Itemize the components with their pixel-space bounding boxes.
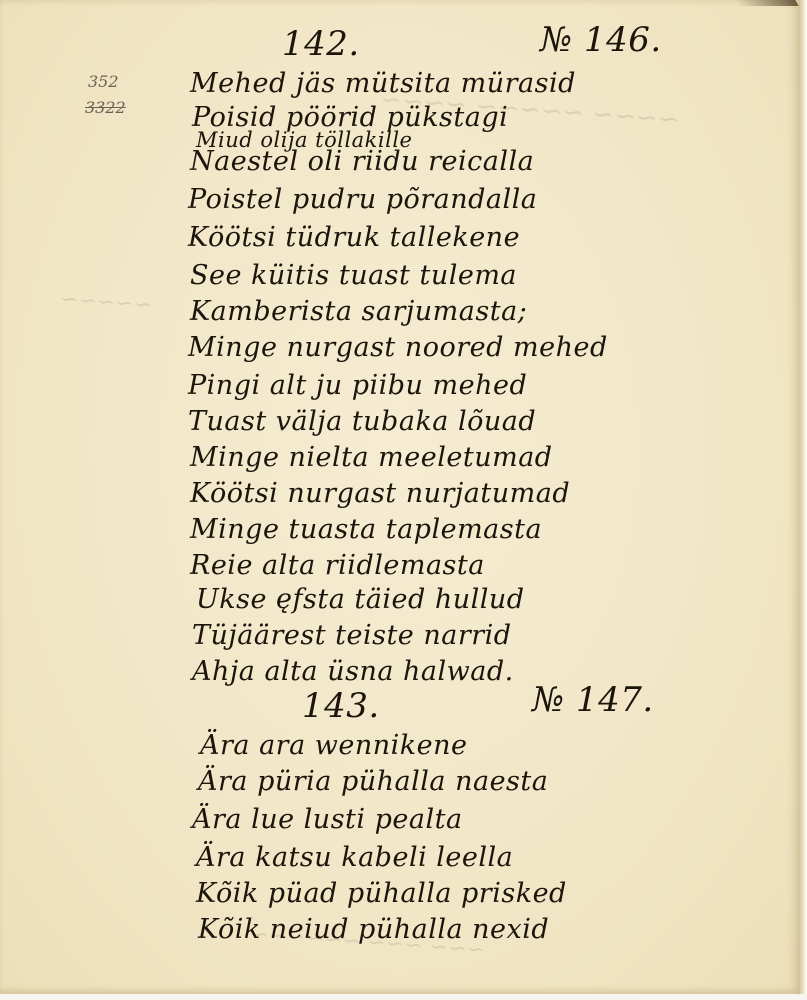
verse-line: See küitis tuast tulema — [190, 260, 517, 291]
verse-line: Minge tuasta taplemasta — [190, 514, 542, 545]
verse-line: Kõik neiud pühalla nexid — [198, 914, 549, 945]
catalog-number: № 146. — [540, 20, 662, 60]
verse-line: Ahja alta üsna halwad. — [192, 656, 514, 687]
page-corner-shadow — [735, 0, 798, 6]
verse-line: Minge nurgast noored mehed — [188, 332, 608, 363]
verse-line: Ära katsu kabeli leella — [196, 842, 513, 873]
verse-line: Mehed jäs mütsita mürasid — [190, 68, 576, 99]
manuscript-page: ~~~~ ~~~~~ ~~~~ ~~~~~ ~~~ ~~~ ~~~~~~ 352… — [0, 0, 800, 994]
verse-line: Köötsi nurgast nurjatumad — [190, 478, 570, 509]
margin-note-number: 352 — [88, 72, 119, 91]
bleed-through-text: ~~~~~ — [59, 287, 153, 318]
verse-line: Pingi alt ju piibu mehed — [188, 370, 527, 401]
margin-note-number-struck: 3322 — [85, 98, 126, 117]
verse-line: Tuast välja tubaka lõuad — [188, 406, 536, 437]
verse-line: Ukse ęfsta täied hullud — [196, 584, 525, 615]
catalog-number: № 147. — [532, 680, 654, 720]
page-edge-bottom — [0, 994, 807, 1000]
verse-line: Ära püria pühalla naesta — [198, 766, 548, 797]
verse-line: Ära ara wennikene — [200, 730, 467, 761]
verse-line: Tüjäärest teiste narrid — [192, 620, 512, 651]
verse-line: Kamberista sarjumasta; — [190, 296, 527, 327]
verse-line: Köötsi tüdruk tallekene — [188, 222, 520, 253]
verse-line: Naestel oli riidu reicalla — [190, 146, 534, 177]
verse-line: Poistel pudru põrandalla — [188, 184, 537, 215]
verse-line: Ära lue lusti pealta — [192, 804, 463, 835]
song-number: 143. — [302, 686, 380, 726]
verse-line: Minge nielta meeletumad — [190, 442, 553, 473]
verse-line: Reie alta riidlemasta — [190, 550, 485, 581]
verse-line: Kõik püad pühalla prisked — [196, 878, 567, 909]
song-number: 142. — [282, 24, 360, 64]
page-edge-right — [800, 0, 807, 1000]
